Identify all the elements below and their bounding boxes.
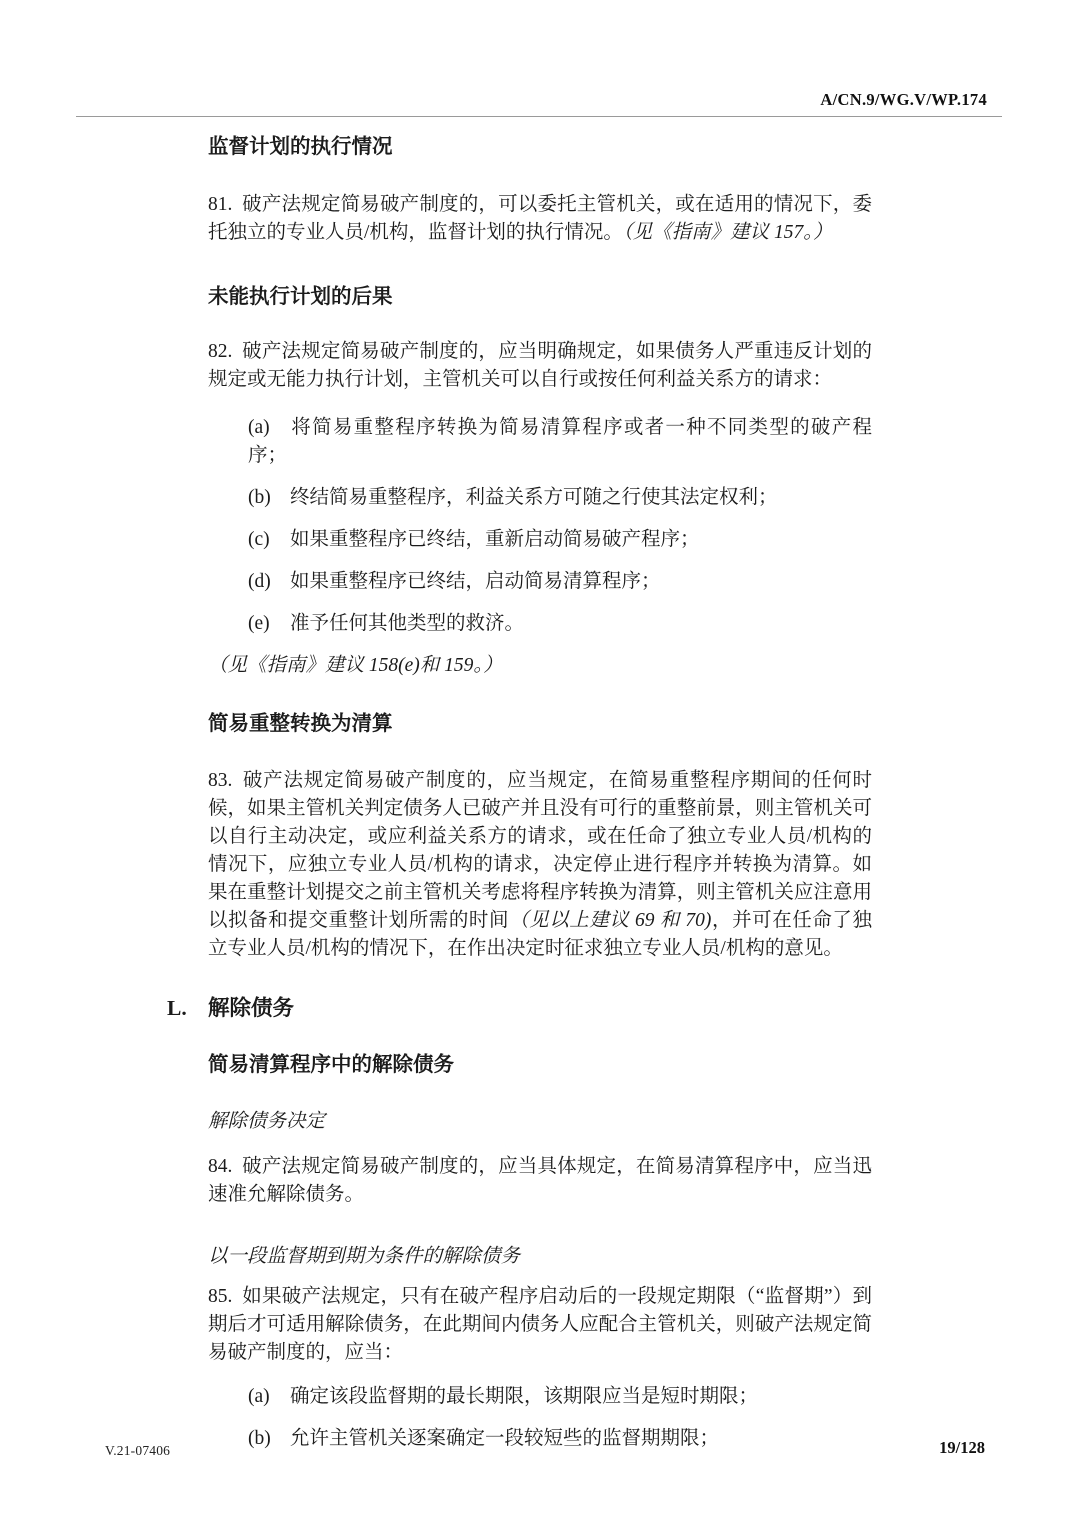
list-item: (c)如果重整程序已终结，重新启动简易破产程序； (248, 526, 872, 554)
heading-plan-supervision: 监督计划的执行情况 (208, 133, 872, 161)
list-item-label: (b) (248, 484, 290, 512)
list-item-label: (a) (248, 1383, 290, 1411)
list-item-text: 如果重整程序已终结，启动简易清算程序； (290, 571, 661, 592)
heading-discharge-in-liquidation: 简易清算程序中的解除债务 (208, 1051, 872, 1079)
paragraph-text: 破产法规定简易破产制度的，应当规定，在简易重整程序期间的任何时候，如果主管机关判… (208, 770, 872, 931)
list-item: (b)允许主管机关逐案确定一段较短些的监督期期限； (248, 1425, 872, 1453)
list-item-text: 将简易重整程序转换为简易清算程序或者一种不同类型的破产程序； (248, 417, 872, 466)
list-item-text: 确定该段监督期的最长期限，该期限应当是短时期限； (290, 1386, 758, 1407)
list-item: (e)准予任何其他类型的救济。 (248, 610, 872, 638)
paragraph-number: 84. (208, 1153, 242, 1181)
paragraph-text: 破产法规定简易破产制度的，应当具体规定，在简易清算程序中，应当迅速准允解除债务。 (208, 1156, 872, 1205)
guide-reference-line: （见《指南》建议 158(e)和 159。） (208, 652, 872, 680)
paragraph-83: 83.破产法规定简易破产制度的，应当规定，在简易重整程序期间的任何时候，如果主管… (208, 767, 872, 963)
heading-plan-failure: 未能执行计划的后果 (208, 283, 872, 311)
subheading-discharge-decision: 解除债务决定 (208, 1108, 872, 1136)
paragraph-85: 85.如果破产法规定，只有在破产程序启动后的一段规定期限（“监督期”）到期后才可… (208, 1283, 872, 1367)
list-item: (d)如果重整程序已终结，启动简易清算程序； (248, 568, 872, 596)
paragraph-number: 85. (208, 1283, 242, 1311)
list-item-text: 如果重整程序已终结，重新启动简易破产程序； (290, 529, 700, 550)
list-item-label: (a) (248, 414, 290, 442)
list-item-text: 允许主管机关逐案确定一段较短些的监督期期限； (290, 1428, 719, 1449)
document-body: 监督计划的执行情况 81.破产法规定简易破产制度的，可以委托主管机关，或在适用的… (208, 0, 872, 1453)
guide-reference: （见《指南》建议 157。） (623, 222, 833, 243)
paragraph-84: 84.破产法规定简易破产制度的，应当具体规定，在简易清算程序中，应当迅速准允解除… (208, 1153, 872, 1209)
paragraph-number: 81. (208, 191, 242, 219)
list-item-label: (e) (248, 610, 290, 638)
list-item-label: (d) (248, 568, 290, 596)
section-l-heading: L.解除债务 (208, 993, 872, 1023)
section-title: 解除债务 (208, 996, 294, 1020)
subheading-monitoring-period: 以一段监督期到期为条件的解除债务 (208, 1243, 872, 1271)
list-item-label: (b) (248, 1425, 290, 1453)
list-item: (a)确定该段监督期的最长期限，该期限应当是短时期限； (248, 1383, 872, 1411)
footer-page-number: 19/128 (939, 1438, 985, 1458)
footer-job-number: V.21-07406 (105, 1443, 170, 1459)
paragraph-number: 83. (208, 767, 242, 795)
document-page: A/CN.9/WG.V/WP.174 监督计划的执行情况 81.破产法规定简易破… (0, 0, 1080, 1526)
recommendation-reference: （见以上建议 69 和 70) (509, 910, 711, 931)
paragraph-number: 82. (208, 338, 242, 366)
heading-conversion-to-liquidation: 简易重整转换为清算 (208, 710, 872, 738)
list-item-text: 准予任何其他类型的救济。 (290, 613, 524, 634)
section-letter: L. (167, 993, 187, 1023)
list-item-text: 终结简易重整程序，利益关系方可随之行使其法定权利； (290, 487, 778, 508)
paragraph-text: 破产法规定简易破产制度的，应当明确规定，如果债务人严重违反计划的规定或无能力执行… (208, 341, 872, 390)
paragraph-81: 81.破产法规定简易破产制度的，可以委托主管机关，或在适用的情况下，委托独立的专… (208, 191, 872, 247)
list-item-label: (c) (248, 526, 290, 554)
list-item: (b)终结简易重整程序，利益关系方可随之行使其法定权利； (248, 484, 872, 512)
list-item: (a)将简易重整程序转换为简易清算程序或者一种不同类型的破产程序； (248, 414, 872, 470)
paragraph-82: 82.破产法规定简易破产制度的，应当明确规定，如果债务人严重违反计划的规定或无能… (208, 338, 872, 394)
paragraph-text: 如果破产法规定，只有在破产程序启动后的一段规定期限（“监督期”）到期后才可适用解… (208, 1286, 872, 1363)
